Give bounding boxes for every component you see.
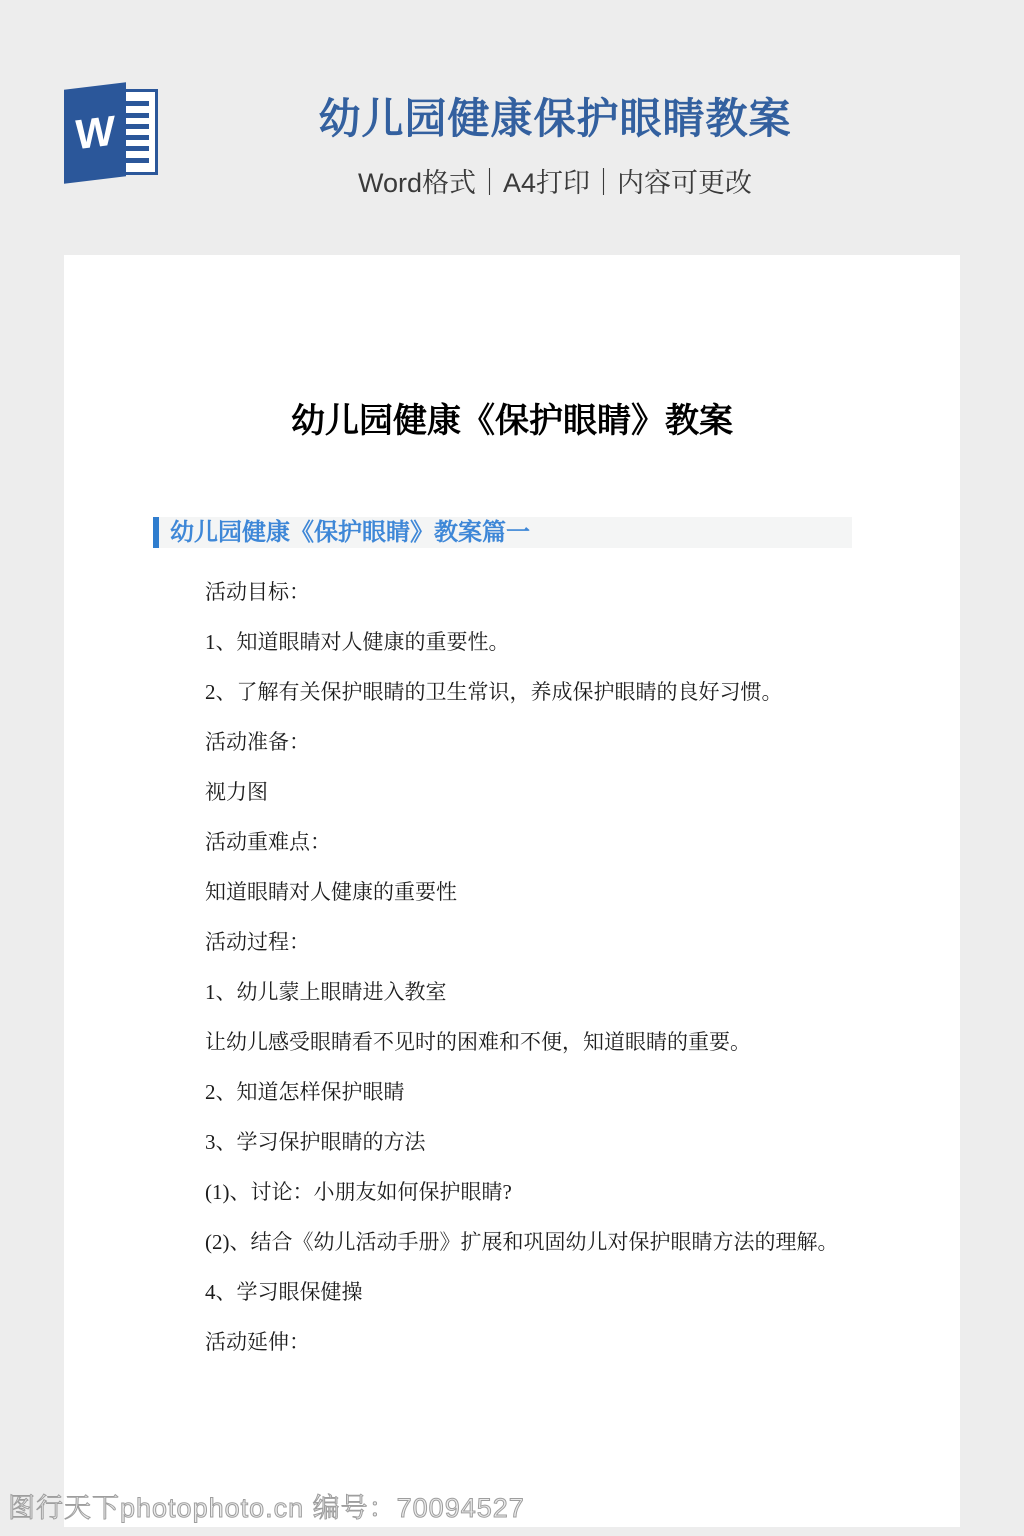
document-page: 幼儿园健康《保护眼睛》教案 幼儿园健康《保护眼睛》教案篇一 活动目标：1、知道眼… (64, 255, 960, 1527)
document-title: 幼儿园健康《保护眼睛》教案 (64, 393, 960, 442)
doc-paragraph: 活动过程： (172, 927, 856, 957)
doc-paragraph: 2、了解有关保护眼睛的卫生常识，养成保护眼睛的良好习惯。 (172, 677, 856, 707)
doc-paragraph: 3、学习保护眼睛的方法 (172, 1127, 856, 1157)
header-text-block: 幼儿园健康保护眼睛教案 Word格式｜A4打印｜内容可更改 (86, 86, 1024, 200)
doc-paragraph: 4、学习眼保健操 (172, 1277, 856, 1307)
doc-paragraph: 活动目标： (172, 577, 856, 607)
watermark: 图行天下photophoto.cn 编号：70094527 (8, 1486, 525, 1525)
doc-paragraph: (2)、结合《幼儿活动手册》扩展和巩固幼儿对保护眼睛方法的理解。 (172, 1227, 856, 1257)
doc-paragraph: 活动延伸： (172, 1327, 856, 1357)
doc-paragraph: 1、知道眼睛对人健康的重要性。 (172, 627, 856, 657)
doc-paragraph: (1)、讨论：小朋友如何保护眼睛? (172, 1177, 856, 1207)
doc-paragraph: 视力图 (172, 777, 856, 807)
header-subtitle: Word格式｜A4打印｜内容可更改 (86, 161, 1024, 200)
doc-paragraph: 让幼儿感受眼睛看不见时的困难和不便，知道眼睛的重要。 (172, 1027, 856, 1057)
doc-paragraph: 2、知道怎样保护眼睛 (172, 1077, 856, 1107)
document-body: 活动目标：1、知道眼睛对人健康的重要性。2、了解有关保护眼睛的卫生常识，养成保护… (172, 577, 856, 1377)
header-title: 幼儿园健康保护眼睛教案 (86, 86, 1024, 146)
doc-paragraph: 活动重难点： (172, 827, 856, 857)
doc-paragraph: 活动准备： (172, 727, 856, 757)
doc-paragraph: 1、幼儿蒙上眼睛进入教室 (172, 977, 856, 1007)
doc-paragraph: 知道眼睛对人健康的重要性 (172, 877, 856, 907)
header: W 幼儿园健康保护眼睛教案 Word格式｜A4打印｜内容可更改 (0, 0, 1024, 255)
section-heading: 幼儿园健康《保护眼睛》教案篇一 (153, 517, 852, 548)
